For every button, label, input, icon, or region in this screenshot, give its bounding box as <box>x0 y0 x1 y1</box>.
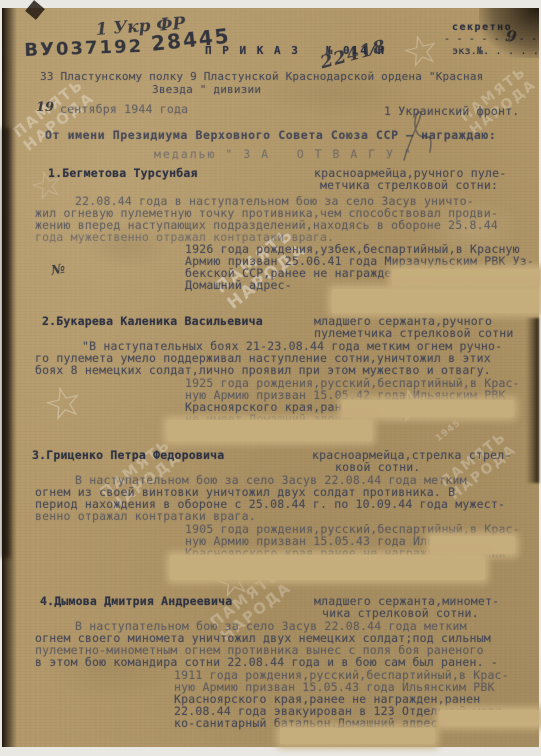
photo-edge-notch <box>25 0 45 20</box>
entry-1-bio-line: Домашний адрес- <box>185 278 292 292</box>
medal-award-line: медалью " З А О Т В А Г У " <box>154 147 413 161</box>
watermark-year: 1945 <box>434 418 463 444</box>
archive-stamp-number: ВУ037192 <box>24 36 143 61</box>
entry-1-name: 1.Бегметова Турсунбая <box>48 166 198 180</box>
entry-3-rank-line: ковой сотни. <box>335 460 420 474</box>
watermark-star-icon: ☆ <box>38 374 89 433</box>
entry-4-citation-line: в этом бою командира сотни 22.08.44 года… <box>35 655 498 669</box>
entry-3-name: 3.Гриценко Петра Федоровича <box>32 448 224 462</box>
entry-4-name: 4.Дымова Дмитрия Андреевича <box>40 594 232 608</box>
entry-2-name: 2.Букарева Каленика Васильевича <box>42 314 263 328</box>
entry-3-citation-line: венно отражал контратаки врага. <box>35 509 256 523</box>
entry-4-rank-line: чика стрелковой сотни. <box>322 606 479 620</box>
redaction-box <box>280 728 435 744</box>
redaction-box <box>167 420 372 441</box>
entry-2-rank-line: пулеметчика стрелковой сотни <box>314 326 513 340</box>
redaction-box <box>430 536 515 554</box>
date-line: сентября 1944 года <box>60 102 188 116</box>
entry-1-rank-line: метчика стрелковой сотни: <box>320 178 498 192</box>
document-photo: ПАМЯТЬ НАРОДА ПАМЯТЬ НАРОДА ПАМЯТЬ НАРОД… <box>2 8 539 747</box>
margin-mark-handwriting: № <box>50 262 67 279</box>
unit-line: Звезда " дивизии <box>152 83 261 96</box>
scanned-document-page: ПАМЯТЬ НАРОДА ПАМЯТЬ НАРОДА ПАМЯТЬ НАРОД… <box>0 0 541 756</box>
unit-line: 33 Пластунскому полку 9 Пластунской Крас… <box>40 70 483 83</box>
photo-edge-shadow <box>2 8 17 747</box>
handwritten-register-number: 22418 <box>318 35 389 73</box>
redaction-box <box>170 555 485 580</box>
redaction-box <box>392 269 540 286</box>
date-day-handwriting: 19 <box>36 100 54 115</box>
entry-2-citation-line: боях 8 немецких солдат,лично проявил при… <box>35 363 491 377</box>
redaction-box <box>342 400 514 417</box>
redaction-box <box>439 710 539 726</box>
pen-flourish <box>390 108 450 168</box>
redaction-box <box>332 289 539 313</box>
photo-edge-shadow <box>479 8 539 58</box>
photo-edge-shadow <box>526 318 539 483</box>
